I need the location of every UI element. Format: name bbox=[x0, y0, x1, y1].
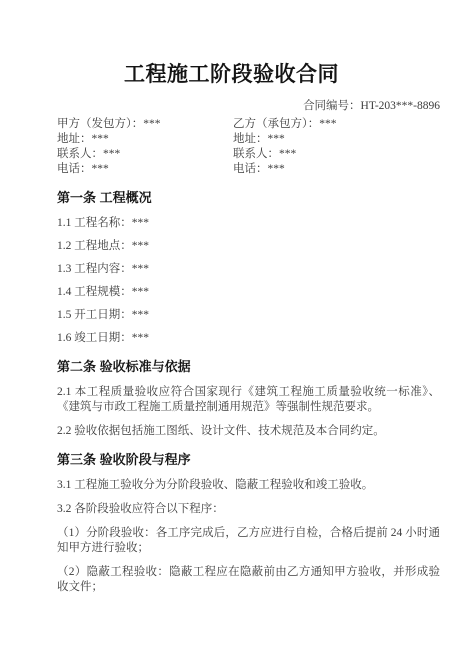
section-acceptance-standards: 第二条 验收标准与依据 2.1 本工程质量验收应符合国家现行《建筑工程施工质量验… bbox=[57, 359, 440, 439]
section-heading: 第三条 验收阶段与程序 bbox=[57, 452, 440, 468]
contract-document-page: 工程施工阶段验收合同 合同编号：HT-203***-8896 甲方（发包方）：*… bbox=[0, 0, 463, 655]
project-content-line: 1.3 工程内容：*** bbox=[57, 262, 440, 277]
party-b-contact: 联系人：*** bbox=[233, 147, 440, 162]
document-title: 工程施工阶段验收合同 bbox=[0, 61, 463, 89]
section-heading: 第二条 验收标准与依据 bbox=[57, 359, 440, 375]
party-a-phone: 电话：*** bbox=[57, 162, 233, 177]
parties-block: 甲方（发包方）：*** 地址：*** 联系人：*** 电话：*** 乙方（承包方… bbox=[57, 117, 440, 177]
party-a-name: 甲方（发包方）：*** bbox=[57, 117, 233, 132]
project-name-line: 1.1 工程名称：*** bbox=[57, 216, 440, 231]
contract-number: 合同编号：HT-203***-8896 bbox=[57, 99, 440, 114]
section-acceptance-stages: 第三条 验收阶段与程序 3.1 工程施工验收分为分阶段验收、隐蔽工程验收和竣工验… bbox=[57, 452, 440, 595]
party-a-contact: 联系人：*** bbox=[57, 147, 233, 162]
party-b-address: 地址：*** bbox=[233, 132, 440, 147]
clause-3-2-item-1: （1）分阶段验收：各工序完成后，乙方应进行自检，合格后提前 24 小时通知甲方进… bbox=[57, 526, 440, 556]
party-b-block: 乙方（承包方）：*** 地址：*** 联系人：*** 电话：*** bbox=[233, 117, 440, 177]
clause-2-2: 2.2 验收依据包括施工图纸、设计文件、技术规范及本合同约定。 bbox=[57, 424, 440, 439]
project-scale-line: 1.4 工程规模：*** bbox=[57, 285, 440, 300]
completion-date-line: 1.6 竣工日期：*** bbox=[57, 331, 440, 346]
party-b-name: 乙方（承包方）：*** bbox=[233, 117, 440, 132]
party-a-block: 甲方（发包方）：*** 地址：*** 联系人：*** 电话：*** bbox=[57, 117, 233, 177]
clause-3-1: 3.1 工程施工验收分为分阶段验收、隐蔽工程验收和竣工验收。 bbox=[57, 478, 440, 493]
section-project-overview: 第一条 工程概况 1.1 工程名称：*** 1.2 工程地点：*** 1.3 工… bbox=[57, 190, 440, 346]
project-location-line: 1.2 工程地点：*** bbox=[57, 239, 440, 254]
party-a-address: 地址：*** bbox=[57, 132, 233, 147]
start-date-line: 1.5 开工日期：*** bbox=[57, 308, 440, 323]
section-heading: 第一条 工程概况 bbox=[57, 190, 440, 206]
clause-2-1: 2.1 本工程质量验收应符合国家现行《建筑工程施工质量验收统一标准》、《建筑与市… bbox=[57, 385, 440, 415]
clause-3-2-item-2: （2）隐蔽工程验收：隐蔽工程应在隐蔽前由乙方通知甲方验收，并形成验收文件； bbox=[57, 565, 440, 595]
clause-3-2: 3.2 各阶段验收应符合以下程序： bbox=[57, 502, 440, 517]
party-b-phone: 电话：*** bbox=[233, 162, 440, 177]
